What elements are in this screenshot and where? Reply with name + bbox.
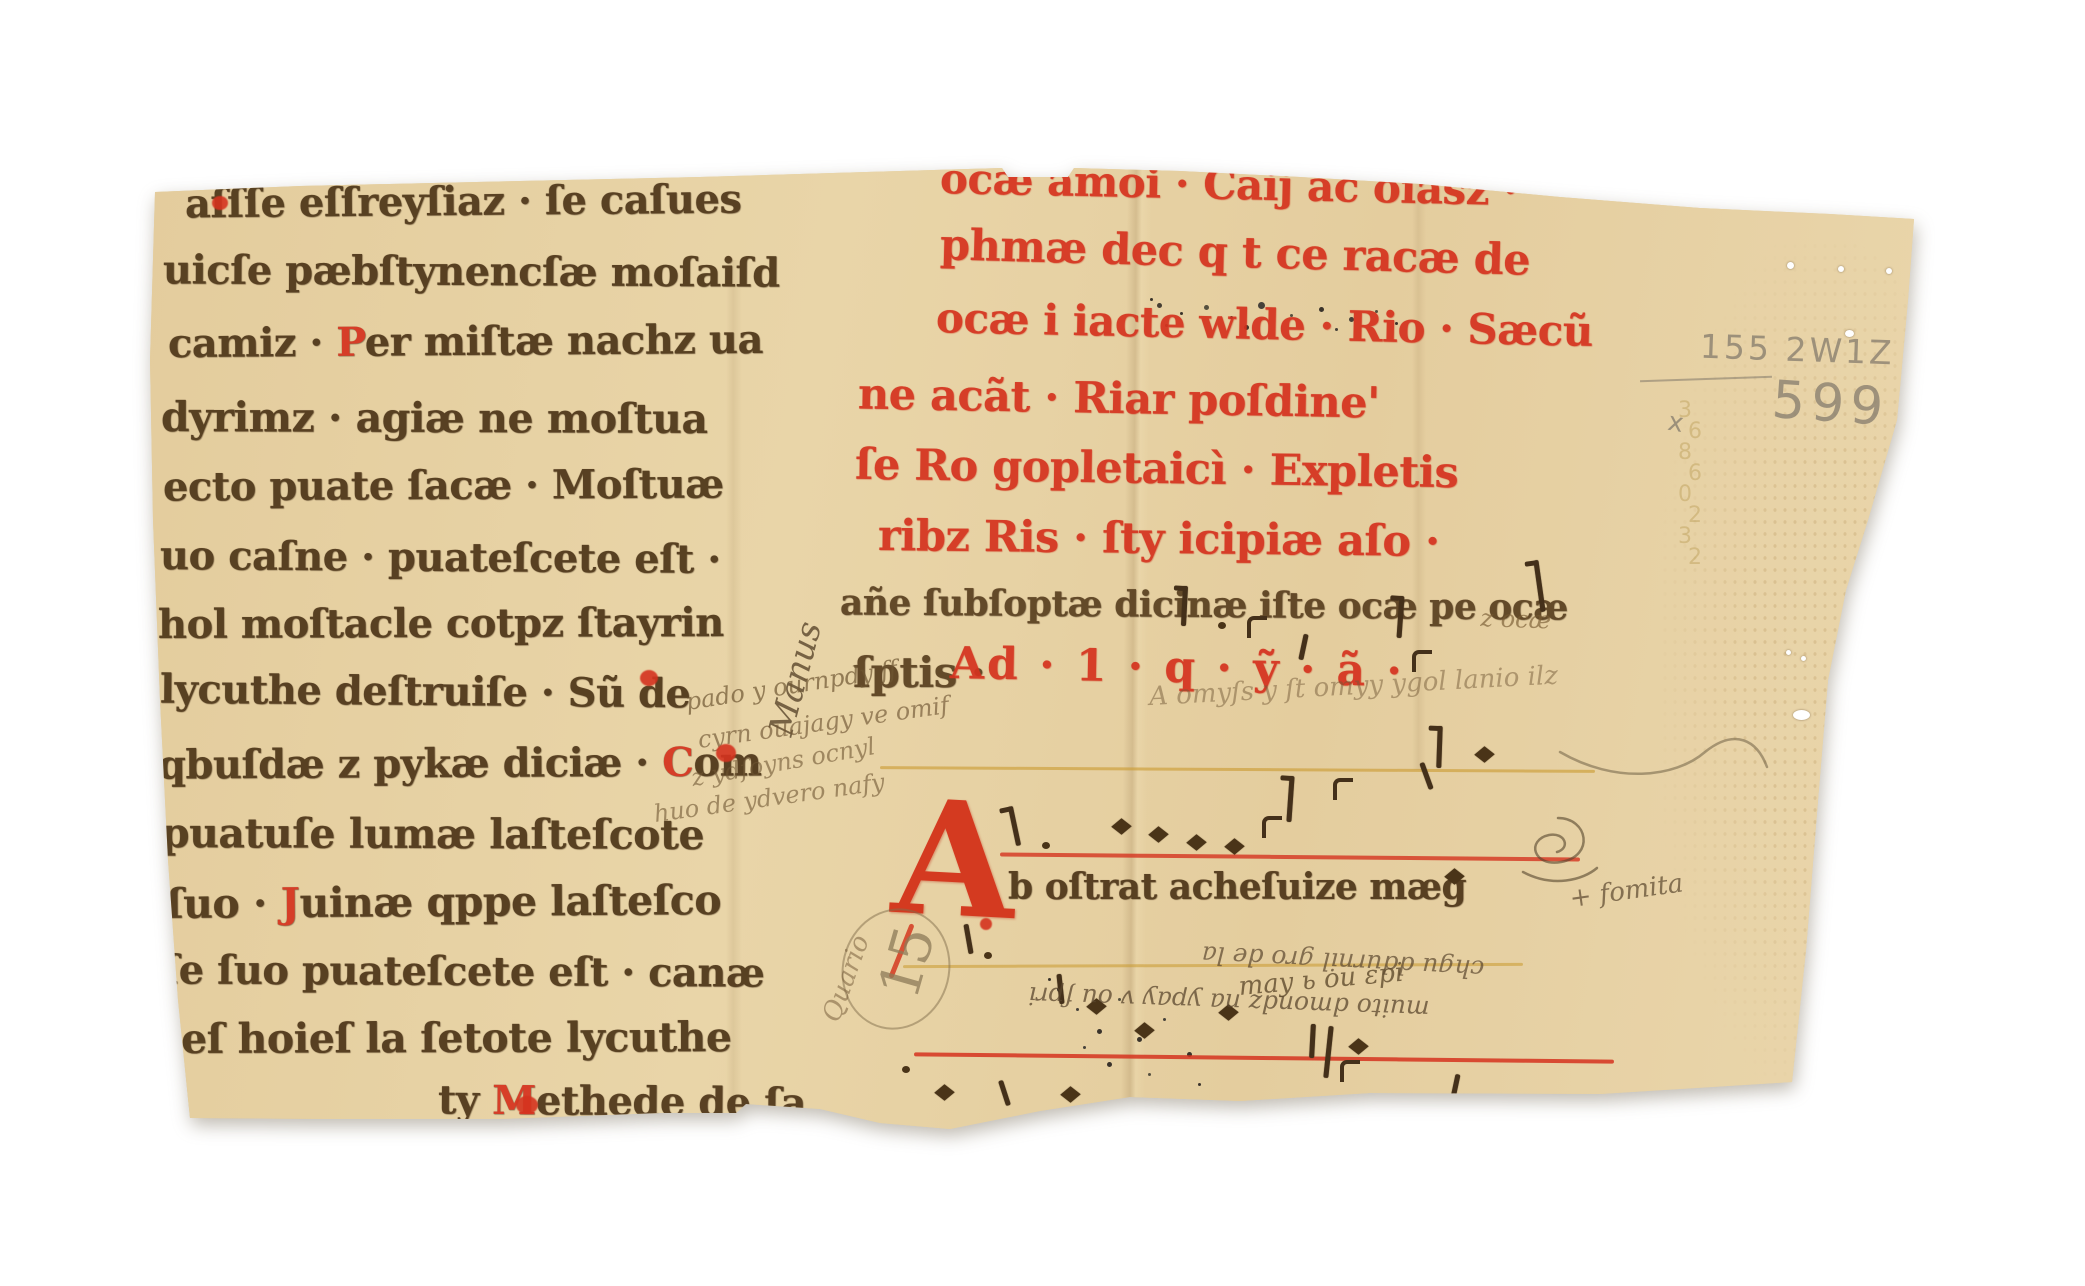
neume-stroke bbox=[1309, 1024, 1316, 1058]
text-line: ecto puate ſacæ · Moſtuæ bbox=[163, 461, 724, 511]
pen-flourish-doodle bbox=[1555, 712, 1775, 782]
red-ink-blob bbox=[516, 1096, 538, 1114]
parchment-hole bbox=[1845, 330, 1854, 337]
red-ink-blob bbox=[212, 196, 228, 210]
text-line: uo caſne · puateſcete eſt · bbox=[160, 532, 721, 583]
neume-stroke bbox=[1323, 1026, 1333, 1078]
parchment-hole bbox=[1838, 266, 1844, 272]
text-line: qbuſdæ z pykæ diciæ · Com bbox=[158, 738, 762, 788]
text-run: ethede de ſa bbox=[536, 1077, 807, 1126]
neume-stroke bbox=[1419, 762, 1433, 790]
rubric-line: phmæ dec q t ce racæ de bbox=[939, 220, 1530, 285]
text-line: camiz · Per miſtæ nachz ua bbox=[168, 316, 763, 367]
text-line: hol moſtacle cotpz ſtayrin bbox=[158, 599, 724, 648]
text-run: ſuo · bbox=[166, 879, 281, 928]
rubric-line: ribz Ris · ſty icipiæ aſo · bbox=[878, 511, 1440, 567]
text-line: dyrimz · agiæ ne moſtua bbox=[161, 393, 708, 443]
rubric-line: ſe Ro gopletaicì · Expletis bbox=[855, 440, 1459, 498]
pencil-inscription: 155 2W1Z bbox=[1699, 327, 1895, 373]
red-staff-line bbox=[914, 1052, 1614, 1063]
red-initial: P bbox=[336, 319, 365, 366]
neume-diamond bbox=[934, 1084, 954, 1101]
text-run: uinæ qppe laſteſco bbox=[299, 876, 721, 927]
text-line: uicſe pæbſtynencſæ moſaiſd bbox=[163, 246, 780, 296]
text-line: ty Methede de ſa bbox=[438, 1076, 807, 1126]
neume-hook bbox=[1333, 778, 1353, 800]
rubric-line: ocæ i iacte wlde · Rio · Sæcũ bbox=[936, 293, 1594, 356]
text-run: qbuſdæ z pykæ diciæ · bbox=[158, 739, 662, 789]
red-ink-blob bbox=[640, 670, 658, 686]
parchment-hole bbox=[1801, 656, 1806, 661]
lyric-line: b oſtrat acheſuize mæg bbox=[1008, 866, 1466, 908]
neume-hook bbox=[1247, 616, 1267, 638]
red-ink-blob bbox=[716, 744, 736, 762]
rubric-line: ne acãt · Riar poſdine' bbox=[858, 369, 1381, 428]
parchment-shadow-wrap: aſſſe eſſreyſiaz · ſe caſuesuicſe pæbſty… bbox=[0, 0, 2085, 1286]
parchment-leaf: aſſſe eſſreyſiaz · ſe caſuesuicſe pæbſty… bbox=[0, 0, 2085, 1286]
neume-hook bbox=[1262, 816, 1282, 838]
parchment-hole bbox=[1886, 268, 1892, 274]
text-line: lycuthe deſtruiſe · Sũ de bbox=[160, 666, 691, 718]
text-line: ſuo · Juinæ qppe laſteſco bbox=[166, 876, 721, 928]
neume-stroke bbox=[1449, 1074, 1461, 1108]
neume-dot bbox=[1042, 842, 1050, 849]
manuscript-photo: aſſſe eſſreyſiaz · ſe caſuesuicſe pæbſty… bbox=[0, 0, 2085, 1286]
neume-diamond bbox=[1348, 1038, 1368, 1055]
text-run: er miſtæ nachz ua bbox=[365, 316, 763, 366]
parchment-hole bbox=[1787, 262, 1794, 269]
text-line: añe ſubſoptæ dicinæ iſte ocæ pe ocæ bbox=[840, 581, 1568, 628]
text-run: ty bbox=[438, 1076, 493, 1123]
text-line: puatuſe lumæ laſteſcote bbox=[161, 809, 704, 859]
neume-j bbox=[1436, 726, 1442, 768]
rubric-line: ocæ amoi · Caij ac oiasz · bbox=[940, 154, 1518, 215]
neume-hook bbox=[1340, 1060, 1360, 1082]
bleed-through-digit: 2 bbox=[1688, 545, 1702, 570]
red-staff-line bbox=[1000, 852, 1580, 861]
neume-diamond bbox=[1186, 834, 1206, 851]
text-line: ſe ſuo puateſcete eſt · canæ bbox=[162, 946, 765, 996]
text-line: leſ hoieſ la ſetote lycuthe bbox=[166, 1013, 732, 1063]
parchment-hole bbox=[1793, 710, 1810, 720]
red-ink-blob bbox=[980, 918, 992, 930]
cursive-note: z ocæ bbox=[1480, 604, 1552, 634]
neume-diamond bbox=[1148, 826, 1168, 843]
parchment-hole bbox=[1786, 650, 1791, 655]
neume-dot bbox=[1218, 622, 1226, 629]
pencil-inscription: 599 bbox=[1770, 370, 1891, 438]
neume-dot bbox=[984, 952, 992, 959]
red-initial: C bbox=[662, 739, 694, 786]
text-line: aſſſe eſſreyſiaz · ſe caſues bbox=[185, 176, 742, 228]
neume-diamond bbox=[1474, 746, 1494, 763]
neume-j bbox=[1286, 776, 1294, 822]
neume-stroke bbox=[998, 1080, 1011, 1106]
neume-dot bbox=[902, 1066, 910, 1073]
neume-diamond bbox=[1060, 1086, 1080, 1103]
red-initial: J bbox=[280, 879, 299, 927]
text-run: camiz · bbox=[168, 319, 337, 367]
neume-diamond bbox=[1224, 838, 1244, 855]
mold-speckles bbox=[1048, 978, 1051, 981]
